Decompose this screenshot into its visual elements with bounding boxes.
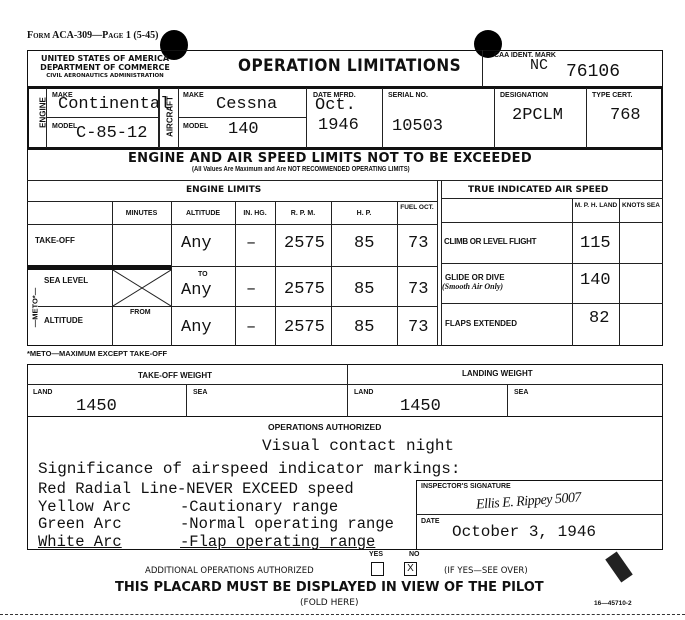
aircraft-make-label: MAKE <box>183 92 204 99</box>
takeoff-weight-title: TAKE-OFF WEIGHT <box>138 371 212 380</box>
meto-footnote: *METO—MAXIMUM EXCEPT TAKE-OFF <box>27 349 167 358</box>
airspeed-flaps-mph: 82 <box>589 309 609 328</box>
limits-subtitle: (All Values Are Maximum and Are NOT RECO… <box>192 166 410 173</box>
airspeed-glide-label: GLIDE OR DIVE <box>445 273 505 282</box>
date-mfrd-year: 1946 <box>318 116 359 135</box>
engine-model-label: MODEL <box>52 123 77 130</box>
meto-side-label: —METO*— <box>31 278 40 338</box>
col-altitude: ALTITUDE <box>171 210 235 217</box>
row-takeoff-in-hg: – <box>246 234 256 253</box>
page-title: OPERATION LIMITATIONS <box>238 56 461 76</box>
marking-yellow: Yellow Arc <box>38 498 131 516</box>
see-over-note: (IF YES—SEE OVER) <box>444 566 528 576</box>
airspeed-glide-sublabel: (Smooth Air Only) <box>442 282 503 291</box>
airspeed-climb-label: CLIMB OR LEVEL FLIGHT <box>444 237 536 246</box>
markings-heading: Significance of airspeed indicator marki… <box>38 460 460 478</box>
operations-title: OPERATIONS AUTHORIZED <box>268 422 381 432</box>
yes-checkbox[interactable] <box>371 562 384 576</box>
engine-model: C-85-12 <box>76 124 147 143</box>
row-altitude-hp: 85 <box>354 318 374 337</box>
row-sea-level-to: TO <box>198 271 208 278</box>
airspeed-climb-mph: 115 <box>580 234 611 253</box>
type-cert: 768 <box>610 106 641 125</box>
type-cert-label: TYPE CERT. <box>592 92 632 99</box>
yes-label: YES <box>369 551 383 558</box>
landing-weight-title: LANDING WEIGHT <box>462 369 533 378</box>
row-altitude-altitude: Any <box>181 318 212 337</box>
takeoff-land-value: 1450 <box>76 397 117 416</box>
marking-yellow-meaning: -Cautionary range <box>180 498 338 516</box>
engine-limits-title: ENGINE LIMITS <box>186 185 261 195</box>
row-takeoff-fuel: 73 <box>408 234 428 253</box>
row-takeoff-label: TAKE-OFF <box>35 236 75 245</box>
engine-make: Continental <box>58 95 170 114</box>
weights-box <box>27 364 663 417</box>
ident-number: 76106 <box>566 62 620 82</box>
minutes-crossed-out <box>113 270 171 306</box>
col-fuel-oct: FUEL OCT. <box>400 204 434 212</box>
landing-land-label: LAND <box>354 389 373 396</box>
inspection-date: October 3, 1946 <box>452 523 596 541</box>
row-sea-level-fuel: 73 <box>408 280 428 299</box>
row-altitude-label: ALTITUDE <box>44 316 83 325</box>
designation: 2PCLM <box>512 106 563 125</box>
col-mph-land: M. P. H. LAND <box>574 202 618 210</box>
row-altitude-fuel: 73 <box>408 318 428 337</box>
date-mfrd-month: Oct. <box>315 96 356 115</box>
limits-title: ENGINE AND AIR SPEED LIMITS NOT TO BE EX… <box>128 151 532 166</box>
takeoff-land-label: LAND <box>33 389 52 396</box>
row-sea-level-label: SEA LEVEL <box>44 276 88 285</box>
no-check-mark: X <box>407 563 414 574</box>
marking-white: White Arc <box>38 533 122 551</box>
inspector-signature-label: INSPECTOR'S SIGNATURE <box>421 483 511 490</box>
row-altitude-in-hg: – <box>246 318 256 337</box>
landing-land-value: 1450 <box>400 397 441 416</box>
agency-line3: CIVIL AERONAUTICS ADMINISTRATION <box>30 72 180 81</box>
col-rpm: R. P. M. <box>275 210 331 217</box>
aircraft-model: 140 <box>228 120 259 139</box>
limits-box <box>27 149 663 346</box>
additional-operations-label: ADDITIONAL OPERATIONS AUTHORIZED <box>145 566 314 576</box>
agency-line1: UNITED STATES OF AMERICA <box>30 54 180 63</box>
marking-green: Green Arc <box>38 515 122 533</box>
row-takeoff-altitude: Any <box>181 234 212 253</box>
row-takeoff-hp: 85 <box>354 234 374 253</box>
takeoff-sea-label: SEA <box>193 389 207 396</box>
agency-block: UNITED STATES OF AMERICA DEPARTMENT OF C… <box>30 54 180 81</box>
print-code: 16—45710-2 <box>594 600 632 607</box>
airspeed-title: TRUE INDICATED AIR SPEED <box>468 185 608 195</box>
marking-red-meaning: -NEVER EXCEED speed <box>177 480 354 498</box>
row-altitude-from: FROM <box>130 309 151 316</box>
no-label: NO <box>409 551 420 558</box>
aircraft-side-label: AIRCRAFT <box>166 92 175 142</box>
stamp-mark <box>605 552 633 583</box>
row-sea-level-in-hg: – <box>246 280 256 299</box>
fold-here: (FOLD HERE) <box>300 598 358 608</box>
airspeed-glide-mph: 140 <box>580 271 611 290</box>
col-minutes: MINUTES <box>112 210 171 217</box>
no-checkbox[interactable]: X <box>404 562 417 576</box>
row-sea-level-rpm: 2575 <box>284 280 325 299</box>
col-knots-sea: KNOTS SEA <box>621 202 661 210</box>
serial-number: 10503 <box>392 117 443 136</box>
date-label: DATE <box>421 518 440 525</box>
row-altitude-rpm: 2575 <box>284 318 325 337</box>
marking-white-meaning: -Flap operating range <box>180 533 375 551</box>
marking-green-meaning: -Normal operating range <box>180 515 394 533</box>
row-sea-level-hp: 85 <box>354 280 374 299</box>
placard-notice: THIS PLACARD MUST BE DISPLAYED IN VIEW O… <box>115 580 544 595</box>
row-takeoff-rpm: 2575 <box>284 234 325 253</box>
agency-line2: DEPARTMENT OF COMMERCE <box>30 63 180 72</box>
col-hp: H. P. <box>331 210 397 217</box>
operations-authorized: Visual contact night <box>262 437 454 455</box>
col-in-hg: IN. HG. <box>235 210 275 217</box>
serial-label: SERIAL NO. <box>388 92 428 99</box>
row-sea-level-altitude: Any <box>181 281 212 300</box>
aircraft-model-label: MODEL <box>183 123 208 130</box>
designation-label: DESIGNATION <box>500 92 548 99</box>
landing-sea-label: SEA <box>514 389 528 396</box>
fold-line <box>0 614 685 615</box>
form-number: Form ACA-309—Page 1 (5-45) <box>27 30 158 41</box>
marking-red: Red Radial Line <box>38 480 178 498</box>
airspeed-flaps-label: FLAPS EXTENDED <box>445 319 517 328</box>
aircraft-make: Cessna <box>216 95 277 114</box>
ident-prefix: NC <box>530 57 548 74</box>
